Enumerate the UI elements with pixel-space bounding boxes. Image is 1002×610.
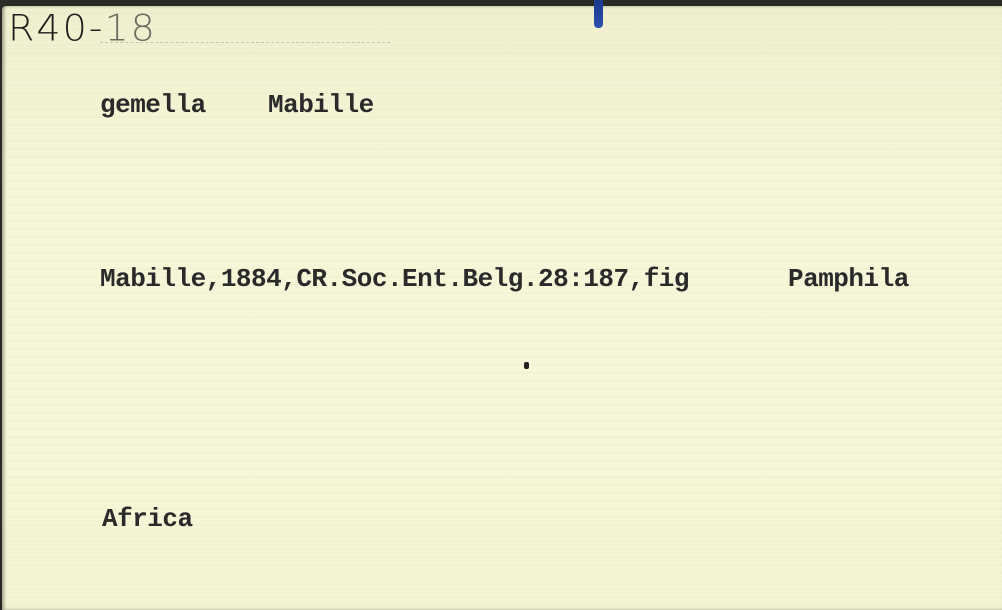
original-genus: Pamphila bbox=[788, 264, 909, 294]
faint-erased-marks bbox=[100, 42, 390, 63]
species-author: Mabille bbox=[268, 90, 374, 120]
region: Africa bbox=[102, 504, 193, 534]
blue-tab-mark bbox=[594, 0, 603, 28]
ink-dot bbox=[524, 362, 529, 369]
catalog-number-prefix: R40- bbox=[8, 7, 104, 49]
citation: Mabille,1884,CR.Soc.Ent.Belg.28:187,fig bbox=[100, 264, 689, 294]
species-name: gemella bbox=[100, 90, 206, 120]
